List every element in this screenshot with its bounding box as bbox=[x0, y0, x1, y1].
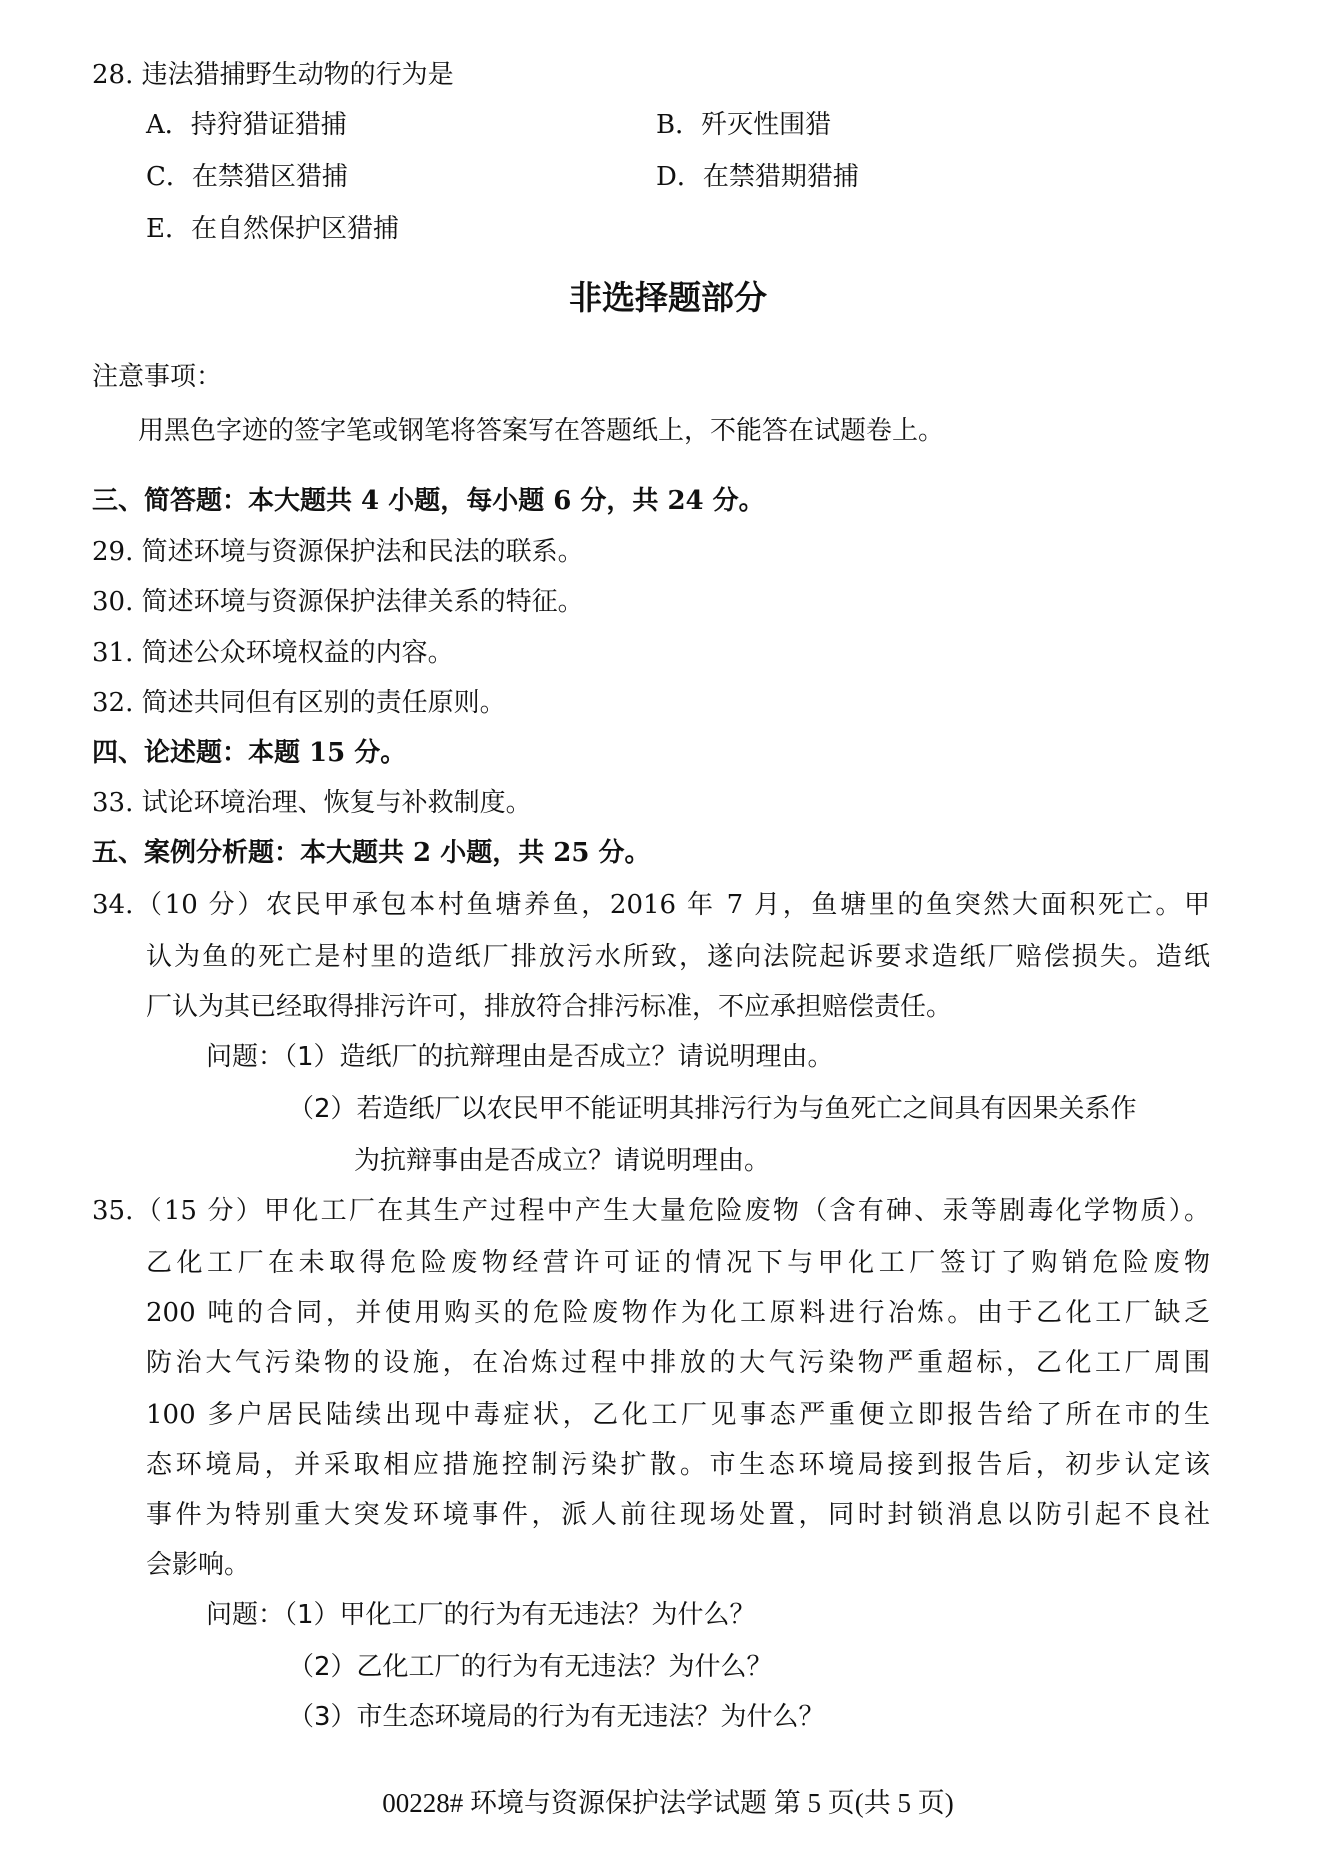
q34-line-3: 厂认为其已经取得排污许可，排放符合排污标准，不应承担赔偿责任。 bbox=[146, 990, 952, 1024]
q28-option-a: A．持狩猎证猎捕 bbox=[146, 108, 347, 142]
q28-option-c: C．在禁猎区猎捕 bbox=[146, 160, 348, 194]
q35-line-3: 200 吨的合同，并使用购买的危险废物作为化工原料进行冶炼。由于乙化工厂缺乏 bbox=[146, 1296, 1210, 1330]
q35-question-1: 问题：（1）甲化工厂的行为有无违法？为什么？ bbox=[206, 1598, 756, 1632]
q34-question-2-cont: 为抗辩事由是否成立？请说明理由。 bbox=[354, 1144, 770, 1178]
q35-question-3: （3）市生态环境局的行为有无违法？为什么？ bbox=[288, 1700, 825, 1734]
question-29: 29. 简述环境与资源保护法和民法的联系。 bbox=[92, 535, 584, 569]
page-footer: 00228# 环境与资源保护法学试题 第 5 页(共 5 页) bbox=[0, 1786, 1336, 1820]
q28-option-e: E．在自然保护区猎捕 bbox=[146, 212, 399, 246]
q35-line-8: 会影响。 bbox=[146, 1548, 250, 1582]
q28-option-d: D．在禁猎期猎捕 bbox=[656, 160, 859, 194]
q34-question-2: （2）若造纸厂以农民甲不能证明其排污行为与鱼死亡之间具有因果关系作 bbox=[288, 1092, 1137, 1126]
section-title: 非选择题部分 bbox=[0, 278, 1336, 318]
part4-heading: 四、论述题：本题 15 分。 bbox=[92, 736, 406, 770]
q34-line-1: 34.（10 分）农民甲承包本村鱼塘养鱼，2016 年 7 月，鱼塘里的鱼突然大… bbox=[92, 888, 1210, 922]
question-32: 32. 简述共同但有区别的责任原则。 bbox=[92, 686, 506, 720]
part3-heading: 三、简答题：本大题共 4 小题，每小题 6 分，共 24 分。 bbox=[92, 484, 765, 518]
question-31: 31. 简述公众环境权益的内容。 bbox=[92, 636, 454, 670]
notice-text: 用黑色字迹的签字笔或钢笔将答案写在答题纸上，不能答在试题卷上。 bbox=[138, 414, 944, 448]
q28-stem: 28. 违法猎捕野生动物的行为是 bbox=[92, 58, 454, 92]
notice-heading: 注意事项： bbox=[92, 360, 222, 394]
q35-line-5: 100 多户居民陆续出现中毒症状，乙化工厂见事态严重便立即报告给了所在市的生 bbox=[146, 1398, 1210, 1432]
q35-line-1: 35.（15 分）甲化工厂在其生产过程中产生大量危险废物（含有砷、汞等剧毒化学物… bbox=[92, 1194, 1210, 1228]
question-33: 33. 试论环境治理、恢复与补救制度。 bbox=[92, 786, 532, 820]
q35-line-7: 事件为特别重大突发环境事件，派人前往现场处置，同时封锁消息以防引起不良社 bbox=[146, 1498, 1210, 1532]
question-30: 30. 简述环境与资源保护法律关系的特征。 bbox=[92, 585, 584, 619]
q35-question-2: （2）乙化工厂的行为有无违法？为什么？ bbox=[288, 1650, 773, 1684]
q35-line-2: 乙化工厂在未取得危险废物经营许可证的情况下与甲化工厂签订了购销危险废物 bbox=[146, 1246, 1210, 1280]
q35-line-4: 防治大气污染物的设施，在冶炼过程中排放的大气污染物严重超标，乙化工厂周围 bbox=[146, 1346, 1210, 1380]
q35-line-6: 态环境局，并采取相应措施控制污染扩散。市生态环境局接到报告后，初步认定该 bbox=[146, 1448, 1210, 1482]
q34-question-1: 问题：（1）造纸厂的抗辩理由是否成立？请说明理由。 bbox=[206, 1040, 834, 1074]
q34-line-2: 认为鱼的死亡是村里的造纸厂排放污水所致，遂向法院起诉要求造纸厂赔偿损失。造纸 bbox=[146, 940, 1210, 974]
q28-option-b: B．歼灭性围猎 bbox=[656, 108, 831, 142]
part5-heading: 五、案例分析题：本大题共 2 小题，共 25 分。 bbox=[92, 836, 650, 870]
